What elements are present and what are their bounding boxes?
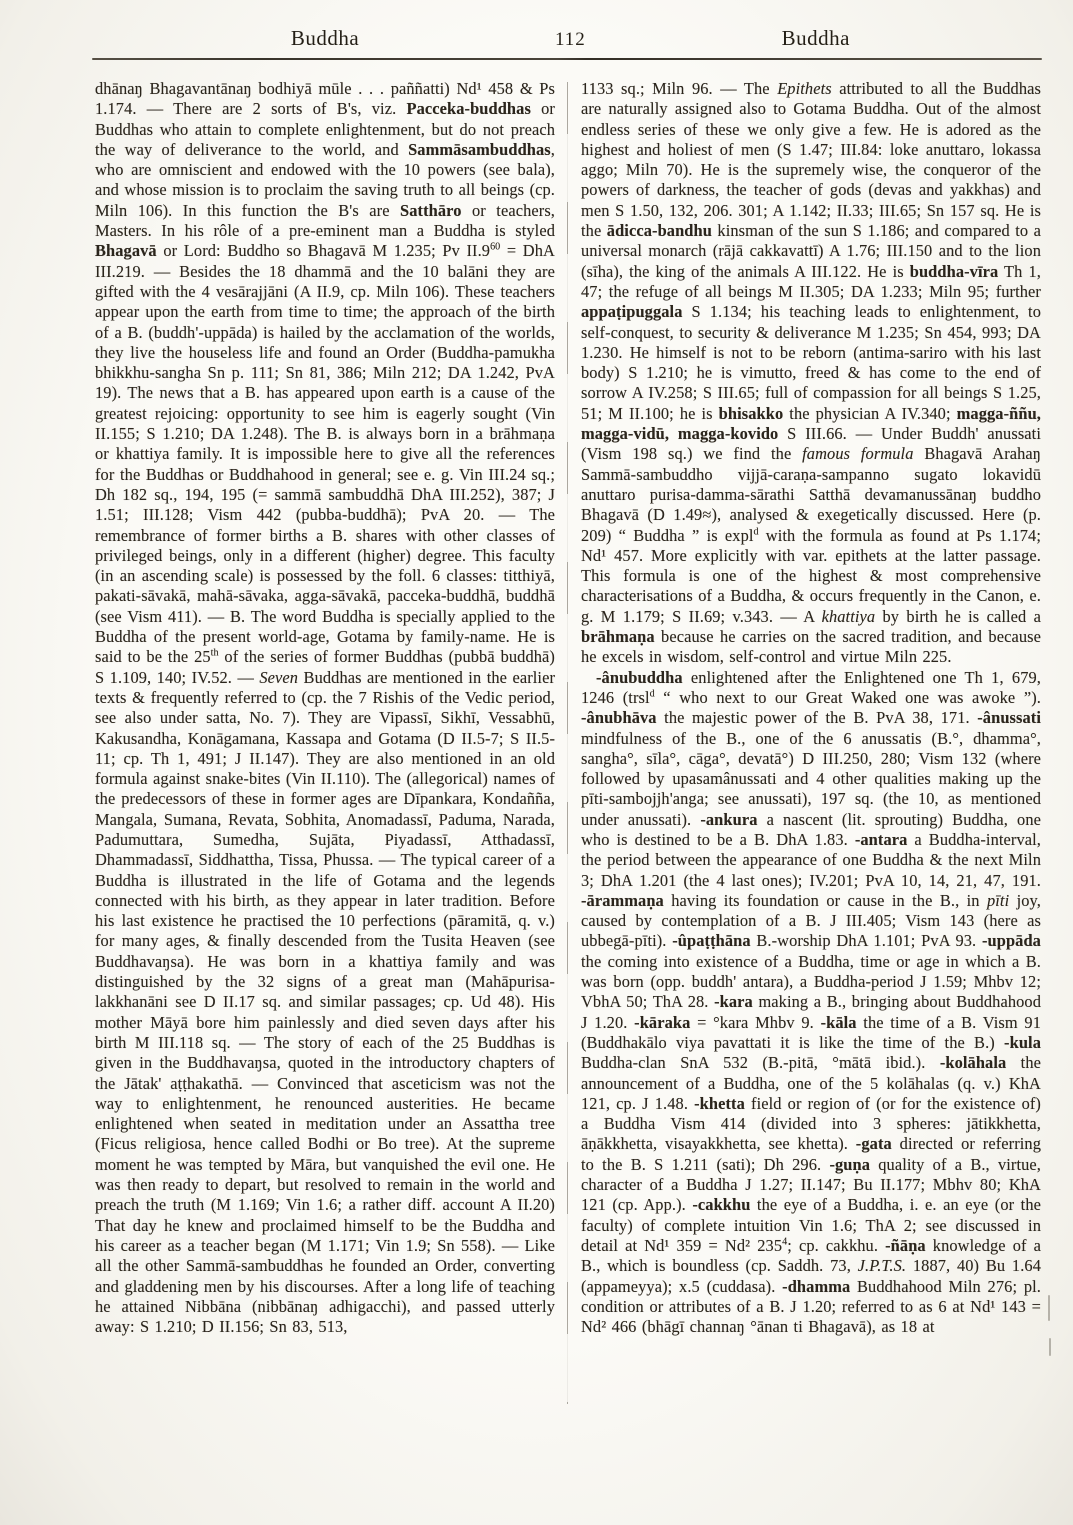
- dictionary-page: Buddha 112 Buddha dhānaŋ Bhagavantānaŋ b…: [0, 0, 1073, 1525]
- left-column: dhānaŋ Bhagavantānaŋ bodhiyā mūle . . . …: [95, 79, 555, 1337]
- page-number: 112: [555, 29, 586, 51]
- header-rule: [92, 58, 1042, 60]
- paragraph: -ânubuddha enlightened after the Enlight…: [581, 668, 1041, 1338]
- scan-artifact: [1049, 1338, 1051, 1356]
- paragraph: 1133 sq.; Miln 96. — The Epithets attrib…: [581, 79, 1041, 668]
- running-head-left: Buddha: [95, 26, 555, 51]
- running-head-right: Buddha: [586, 26, 1046, 51]
- column-divider: [567, 82, 568, 1404]
- paragraph: dhānaŋ Bhagavantānaŋ bodhiyā mūle . . . …: [95, 79, 555, 1337]
- scan-artifact: [1048, 1295, 1050, 1321]
- page-header: Buddha 112 Buddha: [95, 26, 1041, 51]
- text-columns: dhānaŋ Bhagavantānaŋ bodhiyā mūle . . . …: [95, 79, 1041, 1337]
- right-column: 1133 sq.; Miln 96. — The Epithets attrib…: [581, 79, 1041, 1337]
